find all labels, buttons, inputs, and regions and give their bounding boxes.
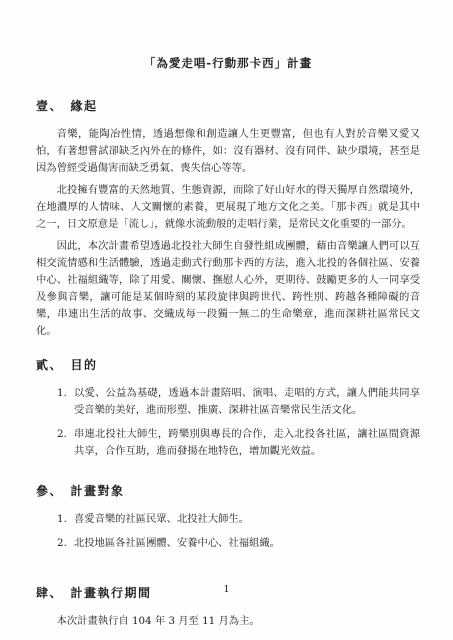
section-target-heading: 參、 計畫對象	[36, 482, 420, 499]
list-item-number: 1.	[57, 511, 74, 528]
list-item-number: 1.	[57, 385, 74, 419]
section-origin-heading: 壹、 緣起	[36, 97, 420, 114]
list-item-text: 喜愛音樂的社區民眾、北投社大師生。	[74, 511, 420, 528]
purpose-list: 1. 以愛、公益為基礎，透過本計畫陪唱、演唱、走唱的方式，讓人們能共同享受音樂的…	[36, 385, 420, 460]
list-item: 1. 以愛、公益為基礎，透過本計畫陪唱、演唱、走唱的方式，讓人們能共同享受音樂的…	[57, 385, 420, 419]
list-item-number: 2.	[57, 426, 74, 460]
document-title: 「為愛走唱-行動那卡西」計畫	[36, 55, 420, 71]
section-purpose: 貳、 目的 1. 以愛、公益為基礎，透過本計畫陪唱、演唱、走唱的方式，讓人們能共…	[36, 356, 420, 460]
target-list: 1. 喜愛音樂的社區民眾、北投社大師生。 2. 北投地區各社區團體、安養中心、社…	[36, 511, 420, 552]
list-item-number: 2.	[57, 535, 74, 552]
list-item: 1. 喜愛音樂的社區民眾、北投社大師生。	[57, 511, 420, 528]
page-number: 1	[0, 584, 453, 595]
document-page: 「為愛走唱-行動那卡西」計畫 壹、 緣起 音樂，能陶冶性情，透過想像和創造讓人生…	[0, 0, 453, 640]
list-item: 2. 串連北投社大師生，跨樂別與專長的合作，走入北投各社區，讓社區間資源共享，合…	[57, 426, 420, 460]
origin-paragraph-1: 音樂，能陶冶性情，透過想像和創造讓人生更豐富，但也有人對於音樂又愛又怕，有著想嘗…	[36, 126, 420, 177]
origin-paragraph-3: 因此，本次計畫希望透過北投社大師生自發性組成團體，藉由音樂讓人們可以互相交流情感…	[36, 238, 420, 340]
list-item: 2. 北投地區各社區團體、安養中心、社福組織。	[57, 535, 420, 552]
list-item-text: 以愛、公益為基礎，透過本計畫陪唱、演唱、走唱的方式，讓人們能共同享受音樂的美好，…	[74, 385, 420, 419]
period-paragraph: 本次計畫執行自 104 年 3 月至 11 月為主。	[36, 613, 420, 630]
list-item-text: 串連北投社大師生，跨樂別與專長的合作，走入北投各社區，讓社區間資源共享，合作互助…	[74, 426, 420, 460]
section-purpose-heading: 貳、 目的	[36, 356, 420, 373]
section-target: 參、 計畫對象 1. 喜愛音樂的社區民眾、北投社大師生。 2. 北投地區各社區團…	[36, 482, 420, 552]
origin-paragraph-2: 北投擁有豐富的天然地質、生態資源，而除了好山好水的得天獨厚自然環境外，在地濃厚的…	[36, 182, 420, 233]
list-item-text: 北投地區各社區團體、安養中心、社福組織。	[74, 535, 420, 552]
section-origin: 壹、 緣起 音樂，能陶冶性情，透過想像和創造讓人生更豐富，但也有人對於音樂又愛又…	[36, 97, 420, 340]
